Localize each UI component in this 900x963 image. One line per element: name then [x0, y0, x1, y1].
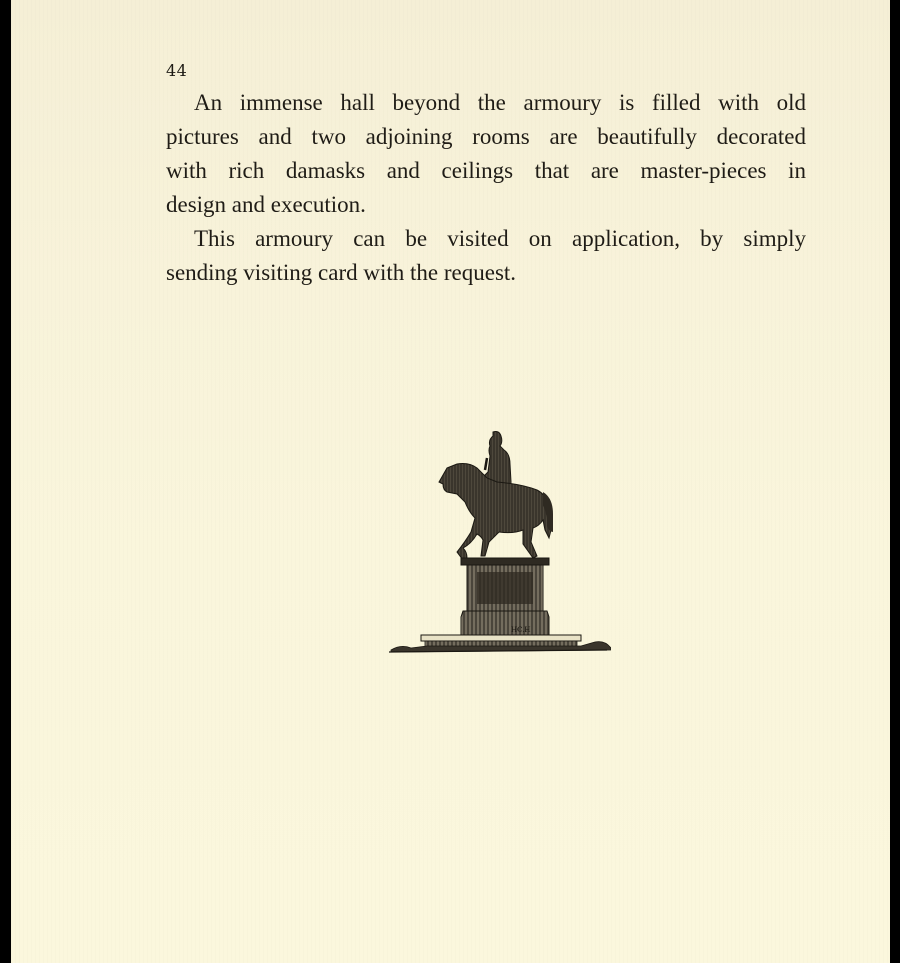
paragraph-2: This armoury can be visited on applicati… [166, 222, 806, 290]
text-line: pictures and two adjoining rooms are bea… [166, 120, 806, 154]
page-number: 44 [166, 61, 187, 80]
text-line: sending visiting card with the request. [166, 256, 806, 290]
paragraph-1: An immense hall beyond the armoury is fi… [166, 86, 806, 222]
text-line: An immense hall beyond the armoury is fi… [166, 86, 806, 120]
text-line: design and execution. [166, 188, 806, 222]
svg-text:HC.H: HC.H [511, 626, 531, 634]
text-line: This armoury can be visited on applicati… [166, 222, 806, 256]
body-text: An immense hall beyond the armoury is fi… [166, 86, 806, 290]
equestrian-statue-icon: HC.H [381, 428, 611, 658]
book-page: 44 An immense hall beyond the armoury is… [11, 0, 890, 963]
equestrian-statue-illustration: HC.H [381, 428, 611, 658]
text-line: with rich damasks and ceilings that are … [166, 154, 806, 188]
